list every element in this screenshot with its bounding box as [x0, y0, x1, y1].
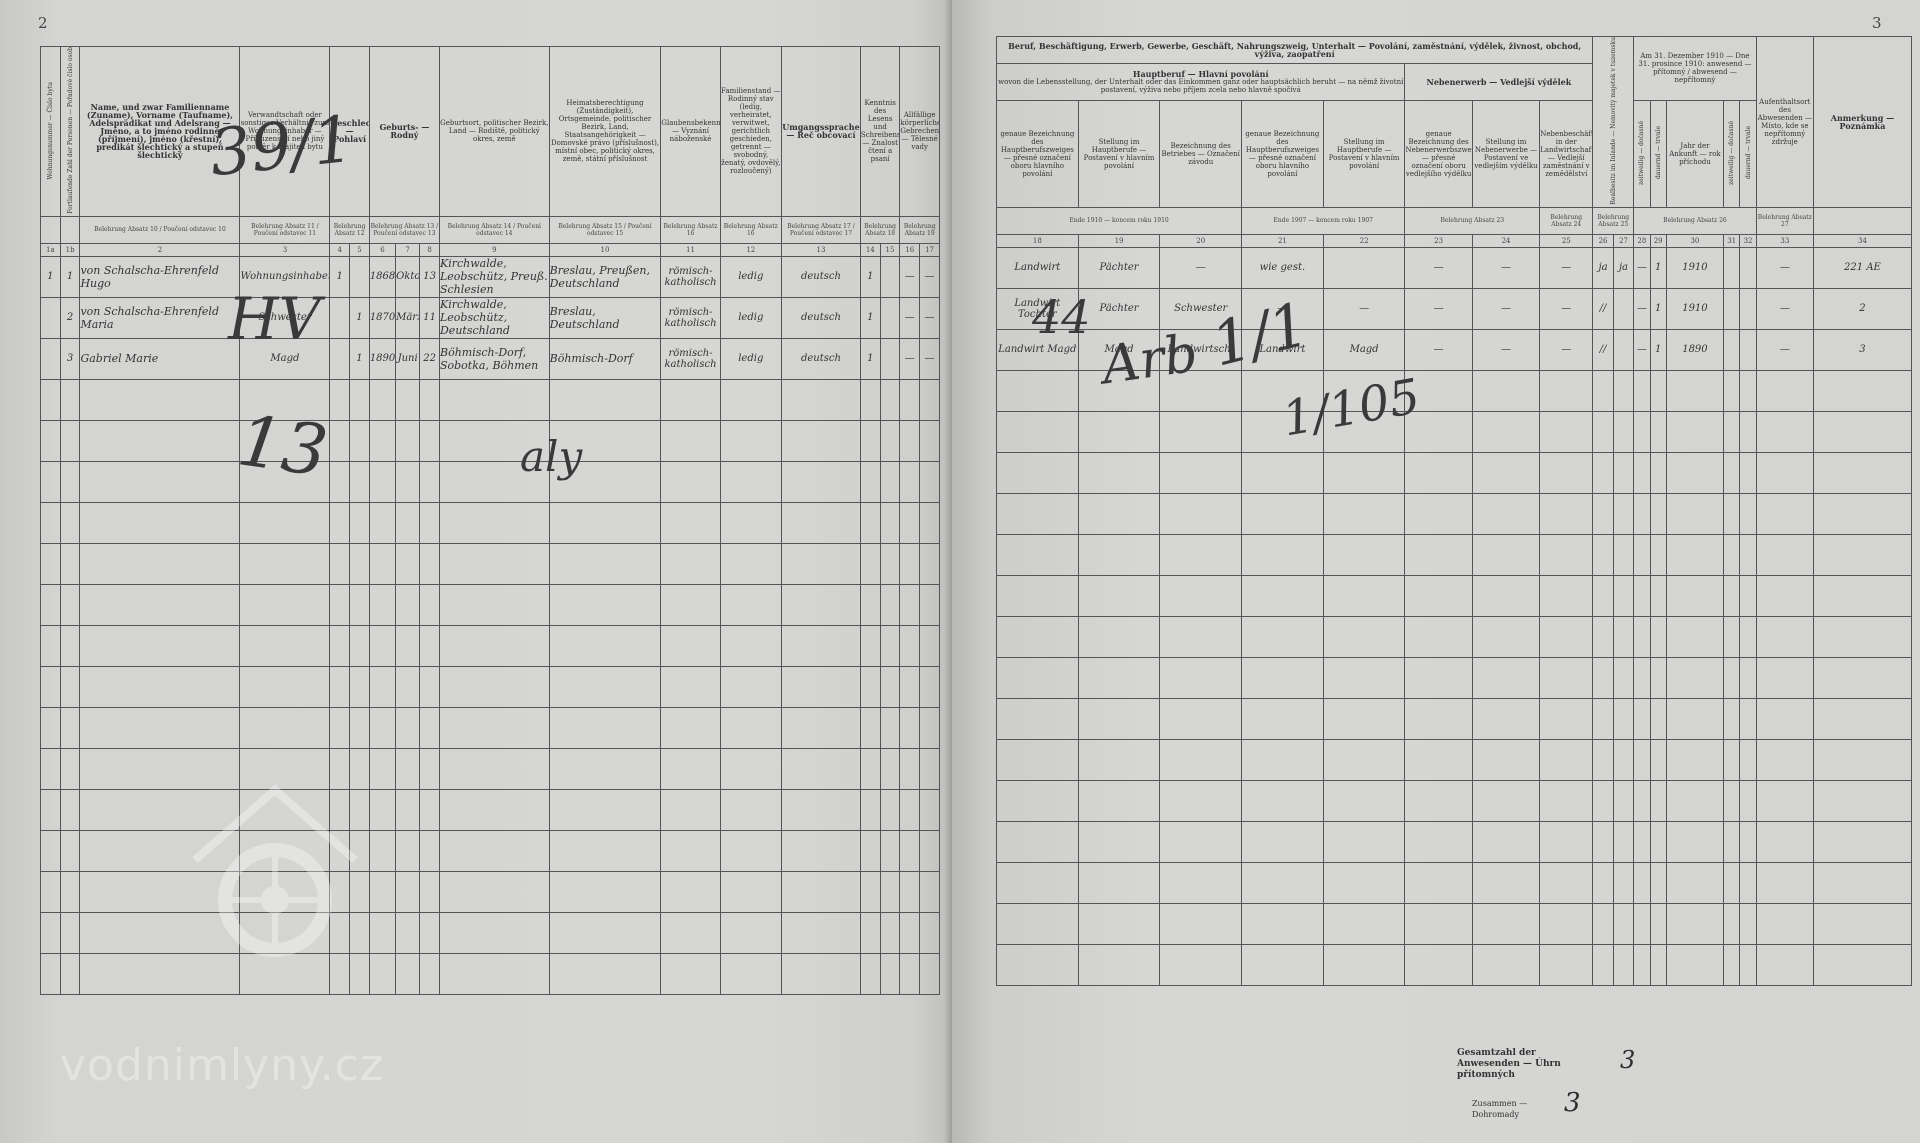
cell-c31 — [1724, 534, 1740, 575]
cell-read_write: 1 — [860, 338, 880, 379]
cell-read_only — [880, 338, 900, 379]
empty-row — [997, 780, 1912, 821]
table-row: 3Gabriel MarieMagd11890Juni22Böhmisch-Do… — [41, 338, 940, 379]
cell-read_only — [880, 748, 900, 789]
column-number: 6 — [369, 243, 395, 256]
cell-c18 — [997, 698, 1079, 739]
cell-read_write — [860, 789, 880, 830]
cell-no — [60, 543, 80, 584]
cell-c19 — [1078, 411, 1160, 452]
empty-row — [997, 534, 1912, 575]
column-number: 15 — [880, 243, 900, 256]
cell-c27 — [1613, 821, 1633, 862]
cell-c25: — — [1540, 329, 1593, 370]
cell-year — [369, 420, 395, 461]
cell-c30 — [1666, 575, 1723, 616]
cell-c27 — [1613, 944, 1633, 985]
cell-c31 — [1724, 944, 1740, 985]
cell-c28 — [1634, 534, 1650, 575]
cell-c32 — [1740, 739, 1756, 780]
period-1910: Ende 1910 — koncem roku 1910 — [997, 207, 1242, 234]
cell-c18 — [997, 493, 1079, 534]
cell-c27 — [1613, 452, 1633, 493]
column-number: 2 — [80, 243, 240, 256]
cell-birthplace — [439, 666, 549, 707]
cell-read_write — [860, 666, 880, 707]
cell-apt — [41, 748, 61, 789]
cell-c27 — [1613, 288, 1633, 329]
cell-deaf: — — [920, 256, 940, 297]
header-marital-status: Familienstand — Rodinný stav (ledig, ver… — [720, 47, 781, 217]
cell-blind: — — [900, 338, 920, 379]
cell-c31 — [1724, 575, 1740, 616]
cell-c30 — [1666, 534, 1723, 575]
cell-read_write — [860, 461, 880, 502]
note-marital: Belehrung Absatz 16 — [720, 216, 781, 243]
cell-birthplace — [439, 912, 549, 953]
cell-domicile — [549, 625, 661, 666]
annotation-pencil-13: 13 — [233, 399, 333, 493]
cell-religion — [661, 379, 720, 420]
cell-year: 1870 — [369, 297, 395, 338]
cell-male — [330, 379, 350, 420]
header-perm-present: dauernd — trvale — [1650, 100, 1666, 207]
cell-c19 — [1078, 944, 1160, 985]
cell-male — [330, 707, 350, 748]
cell-c28 — [1634, 821, 1650, 862]
cell-name — [80, 584, 240, 625]
cell-deaf — [920, 379, 940, 420]
cell-c31 — [1724, 821, 1740, 862]
cell-month — [396, 953, 420, 994]
cell-female — [350, 666, 370, 707]
cell-c19 — [1078, 862, 1160, 903]
cell-c32 — [1740, 944, 1756, 985]
cell-c33 — [1756, 616, 1813, 657]
cell-status — [720, 666, 781, 707]
cell-c29 — [1650, 657, 1666, 698]
cell-apt — [41, 461, 61, 502]
empty-row — [997, 493, 1912, 534]
cell-religion — [661, 420, 720, 461]
cell-c34 — [1813, 411, 1911, 452]
annotation-pencil-number: 39/1 — [207, 103, 358, 192]
left-page: 2 Wohnungsnummer — Číslo bytu Fortlaufen… — [0, 0, 952, 1143]
cell-religion — [661, 912, 720, 953]
cell-deaf — [920, 625, 940, 666]
cell-apt — [41, 338, 61, 379]
cell-month: Juni — [396, 338, 420, 379]
cell-month — [396, 707, 420, 748]
cell-c21: wie gest. — [1242, 247, 1324, 288]
cell-c20 — [1160, 698, 1242, 739]
cell-c32 — [1740, 411, 1756, 452]
cell-month — [396, 379, 420, 420]
note-name: Belehrung Absatz 10 / Poučení odstavec 1… — [80, 216, 240, 243]
cell-c23 — [1405, 534, 1472, 575]
cell-c18 — [997, 780, 1079, 821]
cell-c33 — [1756, 370, 1813, 411]
cell-year — [369, 666, 395, 707]
cell-c20: — — [1160, 247, 1242, 288]
cell-day — [420, 666, 440, 707]
cell-c24 — [1472, 575, 1539, 616]
cell-male — [330, 625, 350, 666]
cell-c21 — [1242, 821, 1324, 862]
column-number: 26 — [1593, 234, 1613, 247]
cell-c33: — — [1756, 247, 1813, 288]
cell-language — [782, 666, 861, 707]
cell-c23 — [1405, 698, 1472, 739]
cell-c22 — [1323, 944, 1405, 985]
cell-month — [396, 666, 420, 707]
cell-c32 — [1740, 903, 1756, 944]
cell-c31 — [1724, 329, 1740, 370]
cell-month — [396, 912, 420, 953]
annotation-pencil-44: 44 — [1032, 290, 1091, 344]
cell-c24: — — [1472, 247, 1539, 288]
page-number-right: 3 — [1872, 14, 1882, 32]
cell-c29 — [1650, 739, 1666, 780]
cell-c33 — [1756, 698, 1813, 739]
cell-c34 — [1813, 493, 1911, 534]
cell-deaf — [920, 543, 940, 584]
cell-domicile — [549, 748, 661, 789]
cell-deaf — [920, 912, 940, 953]
cell-c18 — [997, 862, 1079, 903]
header-birthplace: Geburtsort, politischer Bezirk, Land — R… — [439, 47, 549, 217]
note-birth: Belehrung Absatz 13 / Poučení odstavec 1… — [369, 216, 439, 243]
cell-c29 — [1650, 616, 1666, 657]
cell-c26: // — [1593, 288, 1613, 329]
header-c21: genaue Bezeichnung des Hauptberufszweige… — [1242, 100, 1324, 207]
cell-day — [420, 748, 440, 789]
cell-no — [60, 707, 80, 748]
right-page: 3 Beruf, Beschäftigung, Erwerb, Gewerbe,… — [952, 0, 1920, 1143]
cell-c22: — — [1323, 288, 1405, 329]
cell-language — [782, 748, 861, 789]
cell-name — [80, 666, 240, 707]
cell-day — [420, 871, 440, 912]
cell-c33 — [1756, 739, 1813, 780]
cell-apt — [41, 584, 61, 625]
cell-read_only — [880, 256, 900, 297]
cell-c26 — [1593, 534, 1613, 575]
cell-c27 — [1613, 739, 1633, 780]
empty-row — [997, 657, 1912, 698]
cell-c24 — [1472, 944, 1539, 985]
column-number: 5 — [350, 243, 370, 256]
cell-c34 — [1813, 862, 1911, 903]
header-real-estate: Realbesitz im Inlande — Nemovitý majetek… — [1593, 37, 1634, 208]
cell-c28 — [1634, 452, 1650, 493]
table-row: 11von Schalscha-Ehrenfeld HugoWohnungsin… — [41, 256, 940, 297]
cell-c34 — [1813, 739, 1911, 780]
cell-c32 — [1740, 698, 1756, 739]
cell-c26 — [1593, 944, 1613, 985]
cell-c30 — [1666, 411, 1723, 452]
cell-c19 — [1078, 780, 1160, 821]
cell-blind — [900, 625, 920, 666]
cell-apt — [41, 912, 61, 953]
header-arrival-year: Jahr der Ankunft — rok příchodu — [1666, 100, 1723, 207]
note-c33: Belehrung Absatz 27 — [1756, 207, 1813, 234]
total-present-value: 3 — [1620, 1046, 1635, 1074]
cell-c26 — [1593, 698, 1613, 739]
cell-read_only — [880, 912, 900, 953]
column-number: 33 — [1756, 234, 1813, 247]
cell-day — [420, 420, 440, 461]
cell-c31 — [1724, 247, 1740, 288]
cell-language — [782, 420, 861, 461]
cell-relation — [240, 543, 330, 584]
cell-day — [420, 707, 440, 748]
empty-row — [997, 739, 1912, 780]
cell-c25: — — [1540, 247, 1593, 288]
cell-no — [60, 666, 80, 707]
cell-no: 2 — [60, 297, 80, 338]
column-number: 30 — [1666, 234, 1723, 247]
cell-year — [369, 461, 395, 502]
cell-read_write — [860, 748, 880, 789]
cell-c19 — [1078, 698, 1160, 739]
page-number-left: 2 — [38, 14, 48, 32]
cell-relation — [240, 707, 330, 748]
cell-c29 — [1650, 370, 1666, 411]
cell-year — [369, 584, 395, 625]
cell-c29 — [1650, 452, 1666, 493]
cell-c22 — [1323, 903, 1405, 944]
cell-birthplace — [439, 789, 549, 830]
column-number: 20 — [1160, 234, 1242, 247]
cell-c28 — [1634, 698, 1650, 739]
cell-religion — [661, 543, 720, 584]
cell-c20 — [1160, 575, 1242, 616]
cell-birthplace — [439, 502, 549, 543]
cell-c21 — [1242, 944, 1324, 985]
annotation-pencil-hv: HV — [228, 285, 320, 353]
cell-c30 — [1666, 903, 1723, 944]
cell-read_only — [880, 461, 900, 502]
cell-c27 — [1613, 329, 1633, 370]
cell-religion — [661, 871, 720, 912]
empty-row — [997, 862, 1912, 903]
cell-language — [782, 543, 861, 584]
cell-birthplace — [439, 871, 549, 912]
cell-deaf — [920, 789, 940, 830]
cell-c19 — [1078, 452, 1160, 493]
cell-c30 — [1666, 944, 1723, 985]
cell-read_write — [860, 420, 880, 461]
cell-c23 — [1405, 780, 1472, 821]
cell-c24 — [1472, 616, 1539, 657]
cell-name — [80, 420, 240, 461]
cell-c31 — [1724, 370, 1740, 411]
cell-c21 — [1242, 739, 1324, 780]
cell-c28 — [1634, 944, 1650, 985]
cell-female — [350, 256, 370, 297]
cell-c34 — [1813, 657, 1911, 698]
cell-c23 — [1405, 493, 1472, 534]
cell-c25 — [1540, 493, 1593, 534]
cell-status — [720, 461, 781, 502]
cell-c30 — [1666, 370, 1723, 411]
column-number: 21 — [1242, 234, 1324, 247]
cell-blind — [900, 871, 920, 912]
cell-read_only — [880, 502, 900, 543]
cell-c33: — — [1756, 288, 1813, 329]
header-absent-location: Aufenthaltsort des Abwesenden — Místo, k… — [1756, 37, 1813, 208]
cell-c31 — [1724, 903, 1740, 944]
cell-language — [782, 584, 861, 625]
header-occupation-title: Beruf, Beschäftigung, Erwerb, Gewerbe, G… — [997, 37, 1593, 64]
cell-c28 — [1634, 862, 1650, 903]
cell-deaf — [920, 707, 940, 748]
header-presence: Am 31. Dezember 1910 — Dne 31. prosince … — [1634, 37, 1757, 101]
header-c19: Stellung im Hauptberufe — Postavení v hl… — [1078, 100, 1160, 207]
cell-domicile — [549, 912, 661, 953]
note-sex: Belehrung Absatz 12 — [330, 216, 369, 243]
cell-no — [60, 584, 80, 625]
cell-c27 — [1613, 575, 1633, 616]
cell-c28: — — [1634, 288, 1650, 329]
cell-c31 — [1724, 739, 1740, 780]
cell-female — [350, 543, 370, 584]
cell-c23 — [1405, 944, 1472, 985]
cell-read_write — [860, 871, 880, 912]
cell-c31 — [1724, 657, 1740, 698]
cell-c18 — [997, 411, 1079, 452]
cell-c21 — [1242, 903, 1324, 944]
cell-c25 — [1540, 575, 1593, 616]
cell-status: ledig — [720, 338, 781, 379]
note-domicile: Belehrung Absatz 15 / Poučení odstavec 1… — [549, 216, 661, 243]
cell-c32 — [1740, 862, 1756, 903]
cell-blind: — — [900, 297, 920, 338]
cell-c18 — [997, 657, 1079, 698]
cell-domicile — [549, 666, 661, 707]
cell-male — [330, 461, 350, 502]
cell-no: 1 — [60, 256, 80, 297]
cell-read_write — [860, 912, 880, 953]
cell-c22 — [1323, 657, 1405, 698]
header-c25: Nebenbeschäftigung in der Landwirtschaft… — [1540, 100, 1593, 207]
cell-read_only — [880, 830, 900, 871]
empty-row — [41, 461, 940, 502]
cell-birthplace — [439, 953, 549, 994]
cell-c32 — [1740, 329, 1756, 370]
cell-c24 — [1472, 370, 1539, 411]
cell-c25 — [1540, 944, 1593, 985]
note-relation: Belehrung Absatz 11 / Poučení odstavec 1… — [240, 216, 330, 243]
cell-c33 — [1756, 411, 1813, 452]
cell-domicile — [549, 830, 661, 871]
cell-male — [330, 297, 350, 338]
cell-c28 — [1634, 575, 1650, 616]
cell-deaf — [920, 953, 940, 994]
cell-read_only — [880, 297, 900, 338]
column-number: 32 — [1740, 234, 1756, 247]
column-number: 1a — [41, 243, 61, 256]
cell-religion: römisch-katholisch — [661, 256, 720, 297]
cell-male — [330, 502, 350, 543]
cell-birthplace — [439, 748, 549, 789]
cell-c26 — [1593, 862, 1613, 903]
cell-c29 — [1650, 821, 1666, 862]
cell-no — [60, 420, 80, 461]
cell-male — [330, 666, 350, 707]
empty-row — [997, 452, 1912, 493]
cell-c25 — [1540, 698, 1593, 739]
cell-status — [720, 830, 781, 871]
header-temp-present: zeitweilig — dočasně — [1634, 100, 1650, 207]
cell-blind — [900, 789, 920, 830]
cell-name — [80, 543, 240, 584]
cell-c29 — [1650, 944, 1666, 985]
cell-religion — [661, 707, 720, 748]
cell-c28 — [1634, 903, 1650, 944]
cell-c23 — [1405, 452, 1472, 493]
empty-row — [997, 575, 1912, 616]
cell-c26 — [1593, 821, 1613, 862]
cell-blind — [900, 420, 920, 461]
cell-c23: — — [1405, 288, 1472, 329]
header-person-number: Fortlaufende Zahl der Personen — Pořadov… — [60, 47, 80, 217]
cell-blind — [900, 502, 920, 543]
cell-c33 — [1756, 903, 1813, 944]
cell-c26 — [1593, 616, 1613, 657]
cell-name: Gabriel Marie — [80, 338, 240, 379]
cell-c33 — [1756, 862, 1813, 903]
note-c28: Belehrung Absatz 26 — [1634, 207, 1757, 234]
cell-month — [396, 830, 420, 871]
cell-c23 — [1405, 575, 1472, 616]
cell-no — [60, 871, 80, 912]
cell-c29: 1 — [1650, 288, 1666, 329]
cell-male — [330, 584, 350, 625]
cell-blind — [900, 543, 920, 584]
cell-c21 — [1242, 862, 1324, 903]
cell-c24 — [1472, 698, 1539, 739]
header-religion: Glaubensbekenntnis — Vyznání náboženské — [661, 47, 720, 217]
header-c20: Bezeichnung des Betriebes — Označení záv… — [1160, 100, 1242, 207]
cell-status — [720, 707, 781, 748]
cell-c21 — [1242, 780, 1324, 821]
watermark-logo-icon — [175, 770, 375, 970]
cell-female — [350, 584, 370, 625]
note-disabilities: Belehrung Absatz 19 — [900, 216, 940, 243]
cell-c32 — [1740, 780, 1756, 821]
column-number: 12 — [720, 243, 781, 256]
cell-c30 — [1666, 657, 1723, 698]
header-apartment-number: Wohnungsnummer — Číslo bytu — [41, 47, 61, 217]
cell-c20 — [1160, 493, 1242, 534]
cell-c29 — [1650, 411, 1666, 452]
cell-c26 — [1593, 903, 1613, 944]
cell-status — [720, 420, 781, 461]
cell-c26 — [1593, 411, 1613, 452]
column-number: 1b — [60, 243, 80, 256]
empty-row — [41, 666, 940, 707]
cell-c30 — [1666, 739, 1723, 780]
cell-apt — [41, 830, 61, 871]
cell-domicile — [549, 707, 661, 748]
cell-apt — [41, 789, 61, 830]
cell-month — [396, 502, 420, 543]
cell-deaf — [920, 420, 940, 461]
cell-deaf — [920, 871, 940, 912]
column-number: 16 — [900, 243, 920, 256]
